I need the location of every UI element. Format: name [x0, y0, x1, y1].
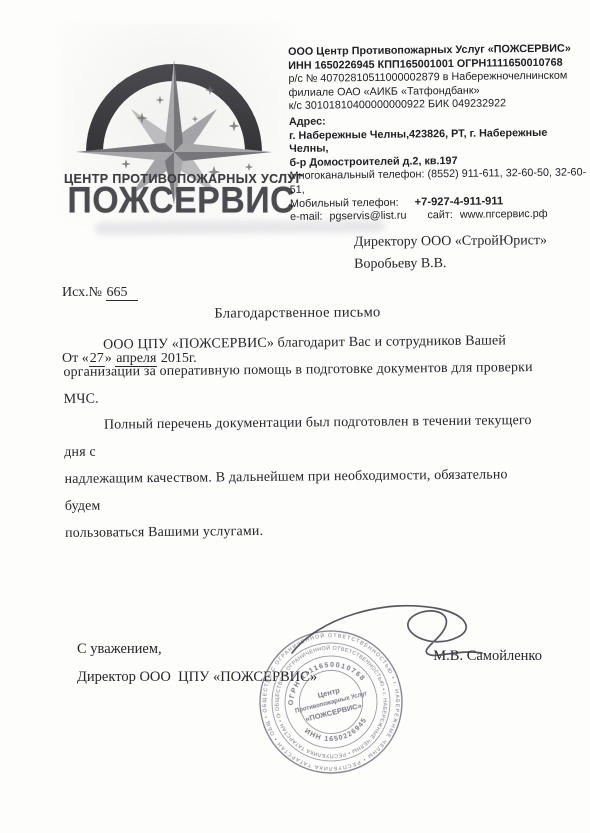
letter-line: Полный перечень документации был подгото… [64, 408, 538, 467]
letter-line: надлежащим качеством. В дальнейшем при н… [64, 462, 538, 521]
outgoing-number-value: 665 [106, 285, 138, 301]
letter-title: Благодарственное письмо [63, 303, 532, 324]
outgoing-number-line: Исх.№ 665 [62, 282, 197, 304]
email-address: pgservis@list.ru [329, 210, 406, 223]
scanned-letter-page: ЦЕНТР ПРОТИВОПОЖАРНЫХ УСЛУГ ПОЖСЕРВИС ОО… [0, 0, 590, 833]
email-label: e-mail: [290, 211, 323, 223]
multichannel-phone-line: Многоканальный телефон: (8552) 911-611, … [290, 167, 588, 198]
company-requisites: ООО Центр Противопожарных Услуг «ПОЖСЕРВ… [288, 42, 588, 224]
corr-account-line: к/с 30101810400000000922 БИК 049232922 [289, 97, 587, 114]
addressee-position: Директору ООО «СтройЮрист» [354, 230, 547, 254]
mobile-phone-label: Мобильный телефон: [290, 196, 399, 209]
logo-company-name: ПОЖСЕРВИС [67, 180, 282, 222]
addressee-block: Директору ООО «СтройЮрист» Воробьеву В.В… [354, 230, 547, 276]
letter-paragraph-2: Полный перечень документации был подгото… [64, 408, 538, 547]
handwritten-signature [288, 597, 488, 671]
company-logo: ЦЕНТР ПРОТИВОПОЖАРНЫХ УСЛУГ ПОЖСЕРВИС [64, 26, 286, 224]
outgoing-number-label: Исх.№ [62, 285, 106, 300]
address-line-1: г. Набережные Челны,423826, РТ, г. Набер… [289, 126, 587, 157]
letter-paragraph-1: ООО ЦПУ «ПОЖСЕРВИС» благодарит Вас и сот… [63, 328, 537, 413]
letter-line: пользоваться Вашими услугами. [65, 516, 538, 548]
letter-line: организации за оперативную помощь в подг… [63, 355, 536, 387]
mobile-phone-number: +7-927-4-911-911 [414, 195, 503, 208]
signature-closing: С уважением, [77, 641, 162, 658]
site-label: сайт: [427, 209, 453, 221]
letter-body: ООО ЦПУ «ПОЖСЕРВИС» благодарит Вас и сот… [63, 328, 538, 547]
addressee-name: Воробьеву В.В. [354, 252, 547, 276]
site-address: www.пгсервис.рф [460, 208, 548, 221]
email-site-line: e-mail: pgservis@list.ru сайт: www.пгсер… [290, 207, 588, 224]
